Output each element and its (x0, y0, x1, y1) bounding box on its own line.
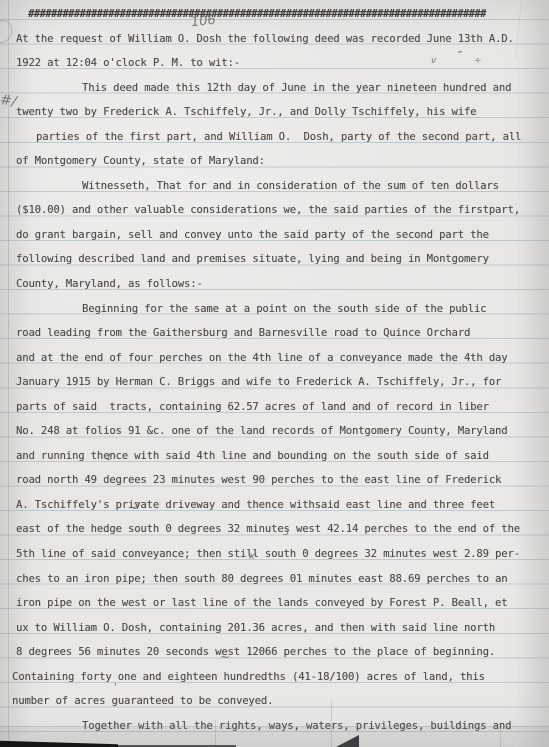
typed-line: do grant bargain, sell and convey unto t… (0, 223, 549, 248)
typed-line: road north 49 degrees 23 minutes west 90… (0, 468, 549, 493)
typed-line: iron pipe on the west or last line of th… (0, 591, 549, 616)
typed-line: twenty two by Frederick A. Tschiffely, J… (0, 100, 549, 125)
typed-line: ($10.00) and other valuable consideratio… (0, 198, 549, 223)
typed-line: ches to an iron pipe; then south 80 degr… (0, 567, 549, 592)
typed-line: number of acres guaranteed to be conveye… (0, 689, 549, 714)
typed-line: This deed made this 12th day of June in … (0, 76, 549, 101)
typed-line: 5th line of said conveyance; then still … (0, 542, 549, 567)
strikeout-hash-row: ########################################… (0, 2, 549, 27)
typed-line: following described land and premises si… (0, 247, 549, 272)
typed-line: parties of the first part, and William O… (0, 125, 549, 150)
typed-line: and running thence with said 4th line an… (0, 444, 549, 469)
typed-line: road leading from the Gaithersburg and B… (0, 321, 549, 346)
typed-line: 1922 at 12:04 o'clock P. M. to wit:- (0, 51, 549, 76)
typed-line: 8 degrees 56 minutes 20 seconds west 120… (0, 640, 549, 665)
typed-line: parts of said tracts, containing 62.57 a… (0, 395, 549, 420)
deed-page-scan: ########################################… (0, 0, 549, 747)
typed-text-block: ########################################… (0, 2, 549, 738)
typed-line: A. Tschiffely's private driveway and the… (0, 493, 549, 518)
typed-line: Containing forty one and eighteen hundre… (0, 665, 549, 690)
typed-line: Beginning for the same at a point on the… (0, 297, 549, 322)
typed-line: County, Maryland, as follows:- (0, 272, 549, 297)
typed-line: Witnesseth, That for and in consideratio… (0, 174, 549, 199)
paper-seam (500, 725, 501, 747)
typed-line: and at the end of four perches on the 4t… (0, 346, 549, 371)
typed-line: east of the hedge south 0 degrees 32 min… (0, 517, 549, 542)
typed-line: January 1915 by Herman C. Briggs and wif… (0, 370, 549, 395)
typed-line: At the request of William O. Dosh the fo… (0, 27, 549, 52)
typed-line: of Montgomery County, state of Maryland: (0, 149, 549, 174)
typed-line: No. 248 at folios 91 &c. one of the land… (0, 419, 549, 444)
typed-line: ux to William O. Dosh, containing 201.36… (0, 616, 549, 641)
paper-seam (331, 700, 332, 747)
paper-seam (215, 720, 216, 747)
